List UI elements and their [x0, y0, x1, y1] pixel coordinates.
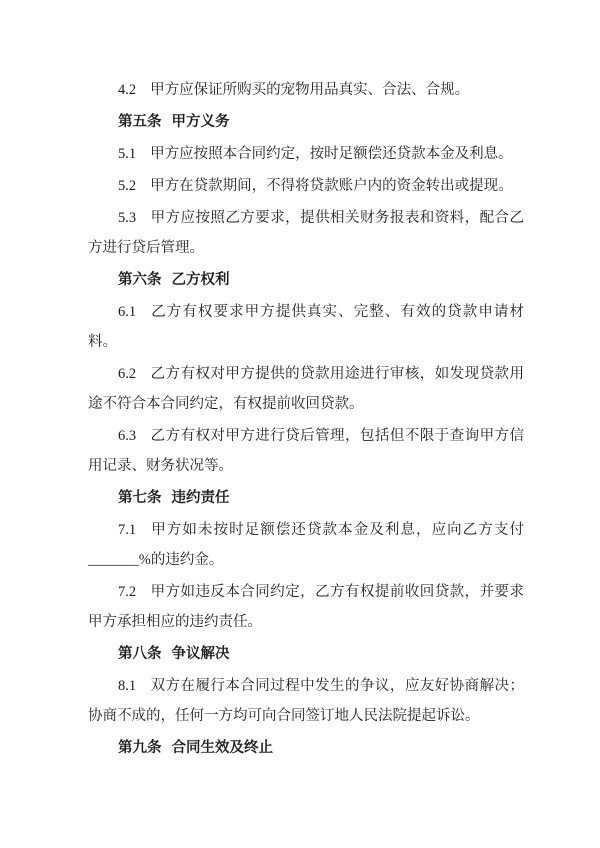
clause-text: 甲方如违反本合同约定，乙方有权提前收回贷款，并要求甲方承担相应的违约责任。	[88, 584, 524, 630]
clause-text: 甲方在贷款期间，不得将贷款账户内的资金转出或提现。	[150, 178, 513, 194]
contract-paragraph: 5.3甲方应按照乙方要求，提供相关财务报表和资料，配合乙方进行贷后管理。	[88, 203, 524, 263]
clause-text: 争议解决	[172, 646, 230, 662]
fill-in-blank-underline: _______	[88, 552, 139, 568]
section-heading: 第七条违约责任	[88, 483, 524, 513]
clause-text: 甲方义务	[172, 114, 230, 130]
clause-number: 第九条	[118, 740, 162, 756]
clause-text: 甲方应按照本合同约定，按时足额偿还贷款本金及利息。	[150, 146, 513, 162]
contract-paragraph: 5.2甲方在贷款期间，不得将贷款账户内的资金转出或提现。	[88, 171, 524, 201]
contract-paragraph: 5.1甲方应按照本合同约定，按时足额偿还贷款本金及利息。	[88, 139, 524, 169]
clause-text: 甲方如未按时足额偿还贷款本金及利息，应向乙方支付	[150, 522, 524, 538]
clause-text: 双方在履行本合同过程中发生的争议，应友好协商解决；协商不成的，任何一方均可向合同…	[88, 678, 524, 724]
clause-number: 第七条	[118, 490, 162, 506]
clause-number: 第六条	[118, 272, 162, 288]
clause-text: 乙方权利	[172, 272, 230, 288]
contract-paragraph: 6.3乙方有权对甲方进行贷后管理，包括但不限于查询甲方信用记录、财务状况等。	[88, 421, 524, 481]
clause-number: 7.1	[118, 522, 136, 538]
clause-text-after-blank: %的违约金。	[139, 552, 224, 568]
clause-number: 6.2	[118, 366, 136, 382]
clause-number: 6.1	[118, 304, 136, 320]
clause-number: 4.2	[118, 82, 136, 98]
contract-body: 4.2甲方应保证所购买的宠物用品真实、合法、合规。 第五条甲方义务 5.1甲方应…	[88, 75, 524, 763]
contract-paragraph: 7.1甲方如未按时足额偿还贷款本金及利息，应向乙方支付_______%的违约金。	[88, 515, 524, 575]
contract-paragraph: 7.2甲方如违反本合同约定，乙方有权提前收回贷款，并要求甲方承担相应的违约责任。	[88, 577, 524, 637]
clause-number: 第五条	[118, 114, 162, 130]
clause-text: 乙方有权要求甲方提供真实、完整、有效的贷款申请材料。	[88, 304, 524, 350]
clause-number: 7.2	[118, 584, 136, 600]
clause-text: 乙方有权对甲方提供的贷款用途进行审核，如发现贷款用途不符合本合同约定，有权提前收…	[88, 366, 524, 412]
clause-text: 合同生效及终止	[172, 740, 274, 756]
clause-number: 8.1	[118, 678, 136, 694]
section-heading: 第九条合同生效及终止	[88, 733, 524, 763]
clause-number: 6.3	[118, 428, 136, 444]
clause-text: 甲方应按照乙方要求，提供相关财务报表和资料，配合乙方进行贷后管理。	[88, 210, 524, 256]
clause-number: 5.3	[118, 210, 136, 226]
clause-number: 第八条	[118, 646, 162, 662]
clause-number: 5.2	[118, 178, 136, 194]
contract-paragraph: 6.2乙方有权对甲方提供的贷款用途进行审核，如发现贷款用途不符合本合同约定，有权…	[88, 359, 524, 419]
clause-text: 违约责任	[172, 490, 230, 506]
contract-paragraph: 4.2甲方应保证所购买的宠物用品真实、合法、合规。	[88, 75, 524, 105]
clause-number: 5.1	[118, 146, 136, 162]
section-heading: 第五条甲方义务	[88, 107, 524, 137]
section-heading: 第八条争议解决	[88, 639, 524, 669]
contract-document-page: 4.2甲方应保证所购买的宠物用品真实、合法、合规。 第五条甲方义务 5.1甲方应…	[0, 0, 600, 848]
contract-paragraph: 6.1乙方有权要求甲方提供真实、完整、有效的贷款申请材料。	[88, 297, 524, 357]
contract-paragraph: 8.1双方在履行本合同过程中发生的争议，应友好协商解决；协商不成的，任何一方均可…	[88, 671, 524, 731]
section-heading: 第六条乙方权利	[88, 265, 524, 295]
clause-text: 乙方有权对甲方进行贷后管理，包括但不限于查询甲方信用记录、财务状况等。	[88, 428, 524, 474]
clause-text: 甲方应保证所购买的宠物用品真实、合法、合规。	[150, 82, 469, 98]
